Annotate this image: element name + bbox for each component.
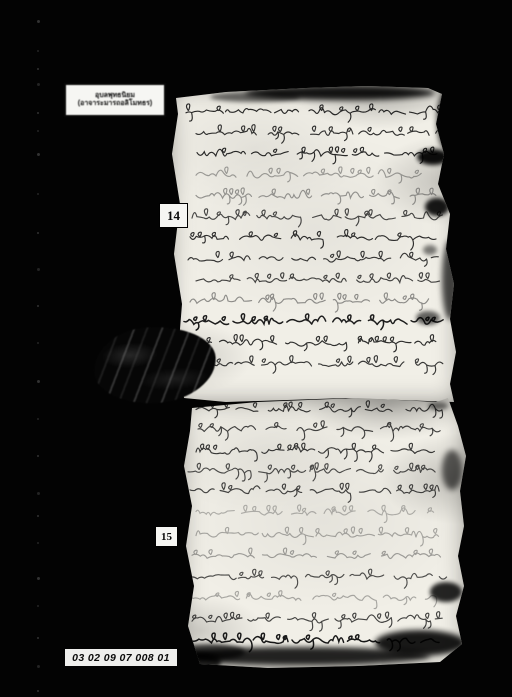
manuscript-text-line [196, 505, 434, 523]
ink-stain [428, 402, 448, 410]
shelfmark-label: 03 02 09 07 008 01 [65, 649, 177, 666]
manuscript-text-line [184, 314, 443, 330]
film-dot [37, 112, 39, 114]
manuscript-text-line [186, 104, 442, 122]
manuscript-text-line [196, 188, 436, 205]
manuscript-text-line [196, 443, 434, 462]
collection-title-line2: (อาจาระมารถอลิโมทธร) [78, 100, 152, 108]
film-dot [37, 418, 39, 420]
film-dot [37, 83, 40, 86]
manuscript-text-line [190, 483, 439, 503]
manuscript-text-line [196, 273, 440, 283]
manuscript-text-line [196, 125, 440, 144]
film-dot [37, 153, 40, 156]
film-dot [37, 193, 39, 195]
manuscript-text-line [190, 230, 436, 250]
manuscript-text-line [188, 335, 436, 352]
manuscript-text-line [188, 463, 435, 482]
film-dot [37, 690, 39, 692]
film-dot [37, 577, 40, 580]
ink-stain [430, 582, 462, 602]
manuscript-text-line [188, 251, 438, 266]
folio-15 [178, 396, 468, 672]
film-dot [37, 605, 39, 607]
film-dot [37, 637, 39, 639]
film-dot [37, 380, 40, 383]
ink-stain [425, 198, 449, 216]
ink-stain [423, 245, 437, 255]
film-dot [37, 342, 39, 344]
manuscript-text-line [192, 548, 441, 558]
film-dot [37, 232, 39, 234]
film-dot [37, 68, 39, 70]
ink-stain [416, 311, 440, 325]
film-dot [37, 455, 39, 457]
film-dot [37, 20, 40, 23]
manuscript-text-line [190, 356, 443, 375]
ink-stain [437, 90, 457, 150]
ink-stain [442, 450, 462, 490]
ink-stain [417, 149, 449, 165]
manuscript-text-line [192, 612, 442, 632]
manuscript-text-line [196, 401, 443, 418]
photo-stage: อุบลพุทธนิยม (อาจาระมารถอลิโมทธร) 14 15 … [0, 0, 512, 697]
manuscript-text-line [190, 293, 429, 312]
manuscript-text-line [197, 147, 437, 164]
manuscript-text-line [196, 527, 439, 546]
collection-title-line1: อุบลพุทธนิยม [95, 92, 135, 100]
film-dot [37, 515, 39, 517]
folio-number-14: 14 [159, 203, 188, 228]
ink-stain [442, 240, 458, 320]
film-dot [37, 665, 40, 668]
collection-title-label: อุบลพุทธนิยม (อาจาระมารถอลิโมทธร) [64, 83, 166, 117]
manuscript-text-line [190, 569, 447, 588]
film-dot [37, 542, 39, 544]
folio-number-15: 15 [155, 526, 178, 547]
film-dot [37, 268, 40, 271]
film-dot [37, 305, 39, 307]
manuscript-text-line [198, 421, 440, 442]
folio-15-script-lines [178, 396, 468, 672]
film-dot [37, 50, 39, 52]
ink-stain [375, 630, 465, 656]
manuscript-text-line [188, 590, 437, 609]
manuscript-text-line [192, 209, 442, 227]
film-dot [37, 492, 40, 495]
ink-stain [210, 92, 300, 102]
manuscript-text-line [196, 167, 421, 183]
film-dot [37, 130, 39, 132]
